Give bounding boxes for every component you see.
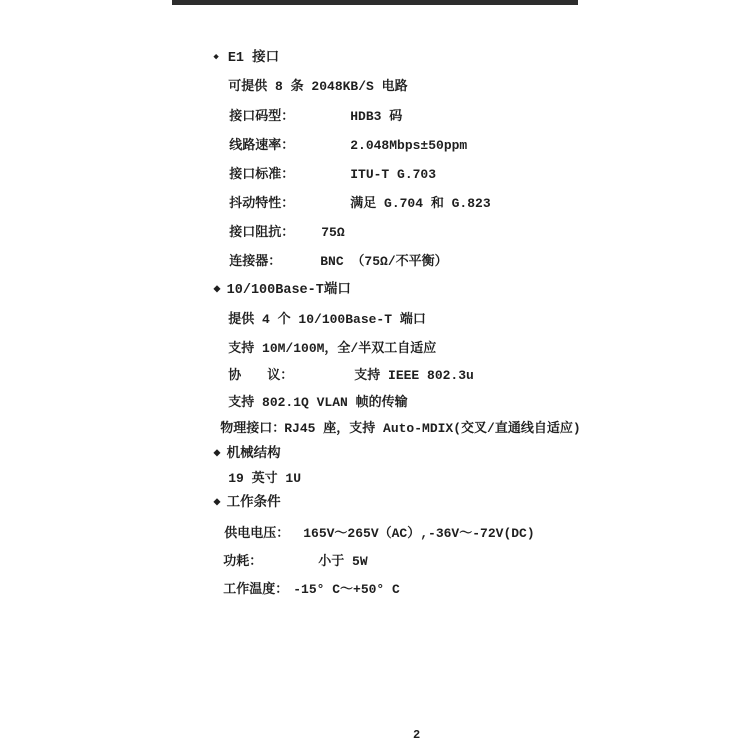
spec-row: 工作温度：-15° C～+50° C	[192, 566, 400, 614]
spec-value: -15° C～+50° C	[293, 582, 400, 597]
spec-value: 满足 G.704 和 G.823	[350, 196, 490, 211]
spec-text: 可提供 8 条 2048KB/S 电路	[228, 79, 407, 94]
header-rule	[172, 0, 578, 5]
page-number: 2	[413, 728, 420, 742]
diamond-bullet-icon: ◆	[213, 494, 220, 510]
section-title: 工作条件	[227, 496, 281, 511]
document-page: ◆E1 接口 可提供 8 条 2048KB/S 电路 接口码型：HDB3 码 线…	[0, 0, 750, 750]
spec-value: RJ45 座，支持 Auto-MDIX(交叉/直通线自适应)	[284, 421, 580, 436]
spec-label: 工作温度：	[223, 582, 293, 598]
diamond-bullet-icon: ◆	[213, 281, 220, 297]
